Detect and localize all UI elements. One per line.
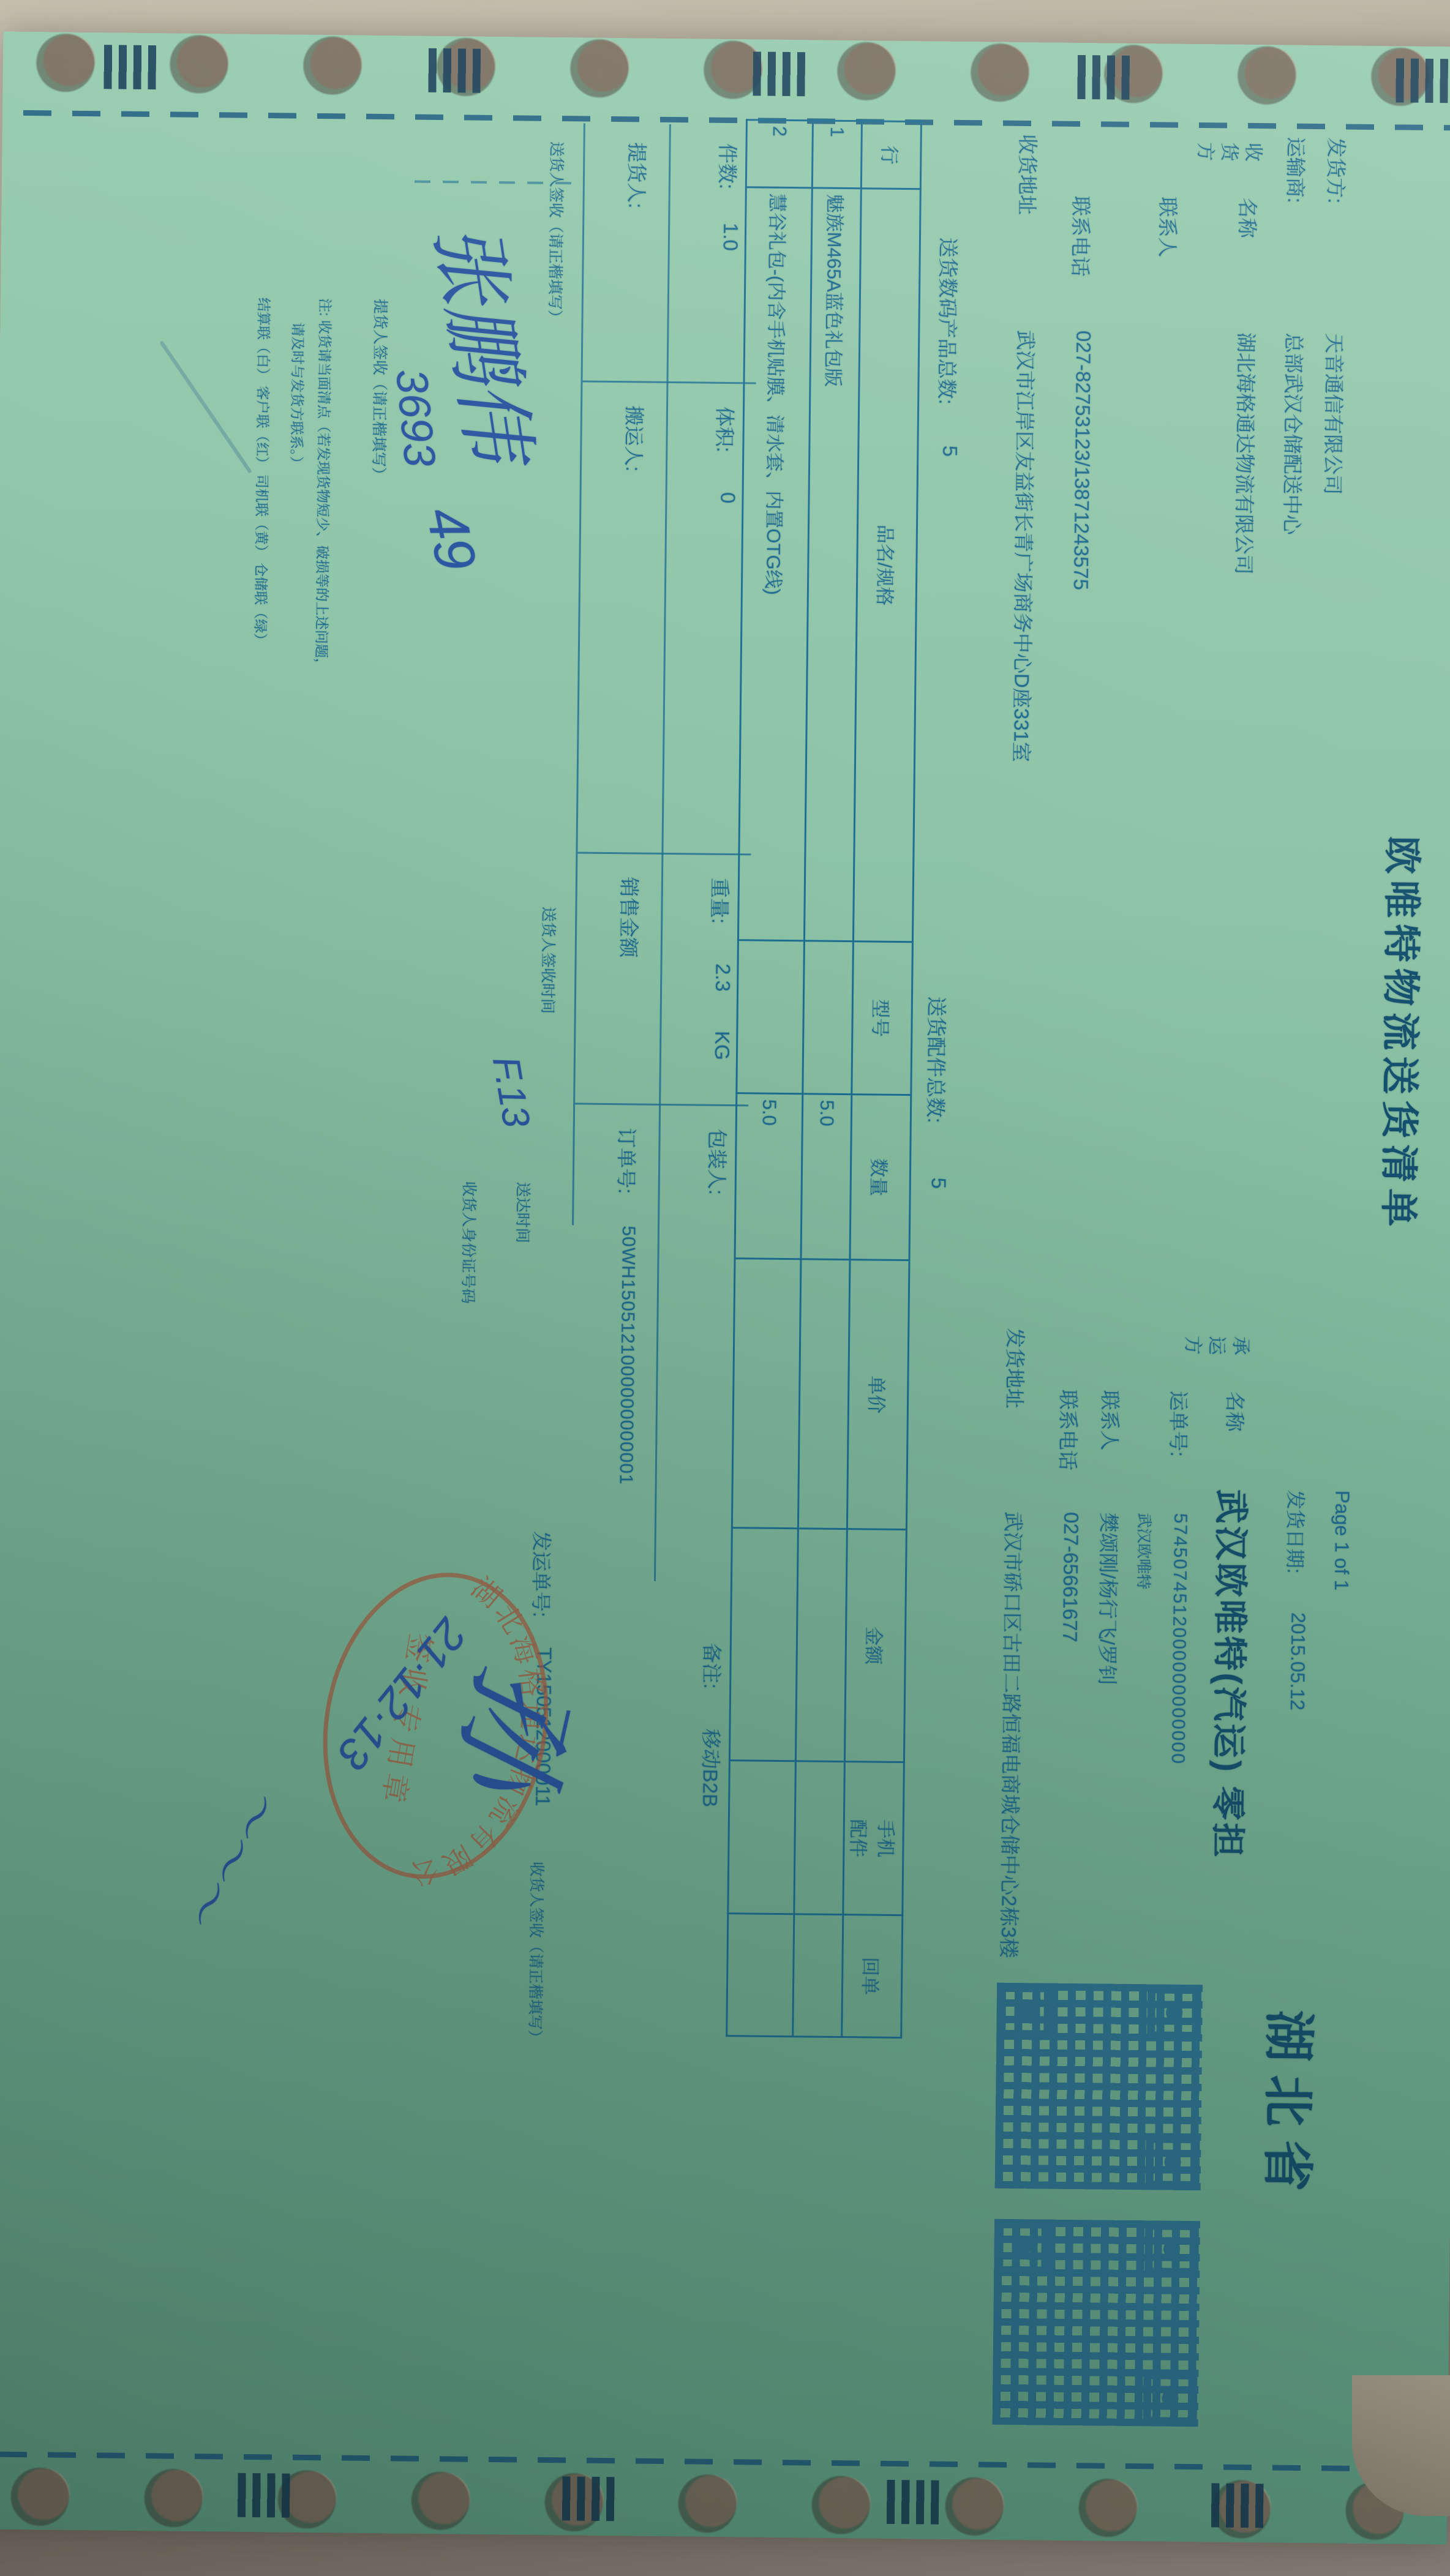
ship-date-value: 2015.05.12: [1286, 1612, 1310, 1711]
note-line-2: 请及时与发货方联系。）: [287, 322, 309, 470]
qr-code-icon: [995, 1983, 1203, 2191]
pieces-label: 件数:: [714, 143, 743, 190]
accessory-total-label: 送货配件总数:: [922, 996, 952, 1123]
tractor-mark: [1211, 2483, 1264, 2528]
copies-legend: 结算联（白） 客户联（红） 司机联（黄） 仓储联（绿）: [251, 298, 275, 647]
consignee-name-label: 名称: [1234, 198, 1263, 238]
delivery-time-label: 送达时间: [513, 1181, 535, 1243]
carrier-contact-label: 联系人: [1096, 1390, 1125, 1450]
shipper-address-value: 武汉市硚口区古田二路恒福电商城仓储中心2栋3楼: [996, 1511, 1029, 1958]
delivery-form-paper: 欧唯特物流送货清单 Page 1 of 1 发货日期: 2015.05.12 湖…: [0, 32, 1450, 2545]
cell-model: [803, 941, 854, 1095]
col-row: 行: [861, 121, 921, 189]
province-label: 湖北省: [1253, 2010, 1329, 2205]
handwritten-number: 49: [413, 502, 488, 576]
deliverer-time-label: 送货人签收时间: [538, 907, 561, 1014]
col-product: 品名/规格: [853, 189, 920, 942]
handwritten-number: 3693: [386, 367, 445, 469]
qr-finder-icon: [997, 1984, 1052, 2039]
col-qty: 数量: [850, 1095, 911, 1260]
consignee-contact-label: 联系人: [1154, 197, 1184, 257]
page-info: Page 1 of 1: [1330, 1490, 1354, 1590]
tractor-mark: [427, 48, 481, 93]
tractor-mark: [886, 2480, 939, 2525]
carrier-name-value: 武汉欧唯特(汽运) 零担: [1205, 1489, 1258, 1860]
carrier-group-label: 承运方: [1179, 1330, 1251, 1358]
receiver-id-label: 收货人身份证号码: [458, 1181, 481, 1303]
order-label: 订单号:: [613, 1128, 642, 1194]
digital-total-label: 送货数码产品总数:: [933, 237, 964, 405]
cell-phone: [728, 1761, 796, 1914]
pen-mark: [159, 340, 252, 474]
cell-qty: 5.0: [735, 1093, 803, 1259]
carrier-waybill-value: 5745074512000000000000: [1167, 1513, 1190, 1765]
cell-product: 慧谷礼包-(内含手机贴膜、清水套、内置OTG线): [738, 187, 812, 941]
divider: [577, 852, 751, 855]
tractor-mark: [1395, 58, 1448, 103]
shipper-value: 天音通信有限公司: [1320, 333, 1350, 495]
handwritten-note: F.13: [484, 1054, 538, 1131]
qr-finder-icon: [1144, 2222, 1199, 2276]
packer-label: 包装人:: [704, 1129, 733, 1196]
cell-phone: [794, 1761, 845, 1915]
cell-price: [798, 1259, 850, 1529]
col-amount: 金额: [844, 1529, 906, 1762]
weight-unit: KG: [710, 1031, 734, 1060]
weight-value: 2.3: [711, 964, 734, 992]
goods-table: 行 品名/规格 型号 数量 单价 金额 手机 配件 回单 1 魅族M465A蓝色…: [726, 119, 922, 2039]
tractor-holes-left: [2, 24, 1450, 121]
accessory-total-value: 5: [927, 1177, 950, 1189]
sales-amount-label: 销售金额: [615, 877, 645, 957]
note-line-1: 注: 收货请当面清点（若发现货物短少、破损等的上述问题，: [312, 298, 336, 672]
carrier-subname: 武汉欧唯特: [1133, 1513, 1156, 1589]
qr-finder-icon: [1143, 2371, 1198, 2425]
cell-amount: [795, 1529, 847, 1762]
carrier-waybill-label: 运单号:: [1165, 1391, 1194, 1458]
carrier-contact-value: 樊颂刚/杨行飞/罗钊: [1094, 1512, 1124, 1685]
qr-finder-icon: [1147, 1985, 1201, 2040]
photo-of-delivery-form: 欧唯特物流送货清单 Page 1 of 1 发货日期: 2015.05.12 湖…: [0, 0, 1450, 2576]
col-receipt: 回单: [842, 1915, 903, 2038]
consignee-phone-value: 027-82753123/13871243575: [1069, 331, 1095, 590]
consignee-phone-label: 联系电话: [1067, 196, 1096, 277]
cell-qty: 5.0: [801, 1094, 852, 1260]
tractor-mark: [752, 51, 805, 96]
volume-value: 0: [716, 492, 739, 504]
cell-product: 魅族M465A蓝色礼包版: [804, 188, 861, 942]
consignee-address-value: 武汉市江岸区友益街长青广场商务中心D座331室: [1008, 330, 1041, 762]
qr-finder-icon: [1146, 2135, 1200, 2189]
col-price: 单价: [847, 1260, 909, 1530]
digital-total-value: 5: [938, 446, 961, 457]
shipper-address-label: 发货地址: [1001, 1328, 1031, 1409]
cell-receipt: [727, 1914, 794, 2037]
transporter-label: 运输商:: [1282, 137, 1312, 203]
transporter-value: 总部武汉仓储配送中心: [1279, 332, 1309, 534]
col-accessory: 配件: [845, 1767, 874, 1909]
consignee-group-label: 收货方: [1192, 136, 1263, 164]
carrier-phone-label: 联系电话: [1054, 1390, 1084, 1470]
col-model: 型号: [852, 942, 913, 1095]
porter-label: 搬运人:: [620, 405, 650, 472]
col-phone: 手机: [873, 1768, 901, 1909]
cell-price: [732, 1259, 801, 1529]
weight-label: 重量:: [706, 878, 735, 924]
col-phone-accessory: 手机 配件: [843, 1762, 904, 1915]
consignee-address-label: 收货地址: [1013, 134, 1043, 215]
divider: [572, 123, 585, 1225]
carrier-name-label: 名称: [1222, 1391, 1251, 1432]
remark-label: 备注:: [698, 1643, 727, 1690]
carrier-phone-value: 027-65661677: [1058, 1512, 1083, 1642]
cell-model: [737, 940, 805, 1094]
cell-receipt: [793, 1914, 843, 2037]
order-value: 50WH1505121000000000001: [615, 1226, 639, 1485]
pickup-label: 提货人:: [623, 142, 652, 209]
cell-no: 2: [746, 120, 813, 188]
qr-finder-icon: [995, 2220, 1050, 2275]
tractor-mark: [562, 2476, 615, 2521]
divider: [575, 1103, 748, 1106]
consignee-name-value: 湖北海格通达物流有限公司: [1230, 332, 1261, 575]
remark-value: 移动B2B: [697, 1729, 726, 1808]
deliverer-sign-label: 送货人签收（请正楷填写）: [544, 141, 568, 325]
pieces-value: 1.0: [719, 223, 742, 251]
form-title: 欧唯特物流送货清单: [1374, 836, 1433, 1233]
tractor-mark: [237, 2473, 290, 2518]
ship-date-label: 发货日期:: [1282, 1490, 1310, 1574]
volume-label: 体积:: [711, 406, 740, 453]
shipper-label: 发货方:: [1323, 137, 1352, 204]
cell-amount: [729, 1528, 798, 1761]
divider: [582, 380, 756, 384]
cell-no: 1: [812, 121, 862, 189]
tractor-mark: [103, 45, 156, 89]
tractor-mark: [1076, 55, 1130, 100]
qr-code-icon: [993, 2219, 1201, 2427]
